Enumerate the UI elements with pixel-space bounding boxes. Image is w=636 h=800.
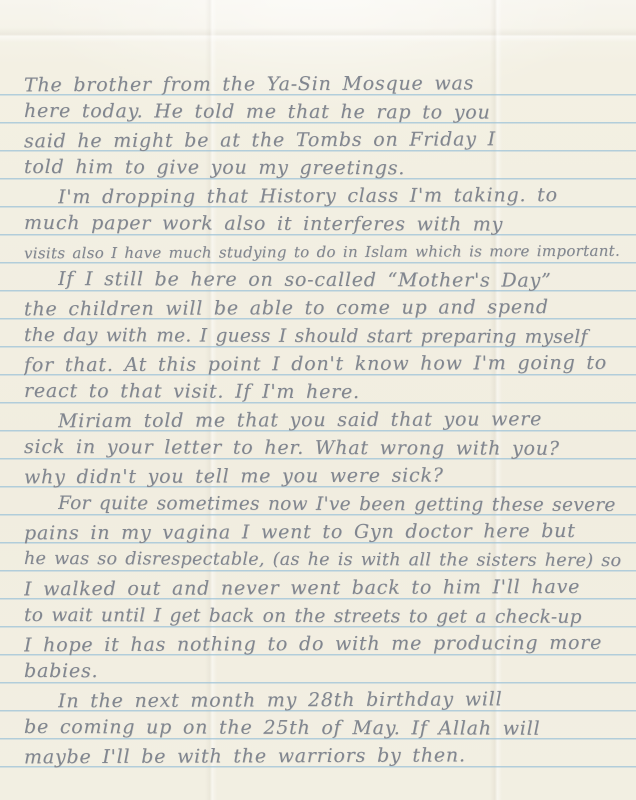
- handwriting-line: react to that visit. If I'm here.: [24, 378, 630, 406]
- handwriting-line: he was so disrespectable, (as he is with…: [24, 546, 630, 574]
- handwriting-line: If I still be here on so-called “Mother'…: [58, 266, 630, 294]
- handwriting-line: the children will be able to come up and…: [24, 294, 630, 323]
- handwriting-line: babies.: [24, 658, 630, 686]
- letter-page: The brother from the Ya-Sin Mosque washe…: [0, 0, 636, 800]
- letter-body: The brother from the Ya-Sin Mosque washe…: [0, 0, 636, 800]
- handwriting-line: The brother from the Ya-Sin Mosque was: [24, 70, 630, 99]
- handwriting-line: maybe I'll be with the warriors by then.: [24, 742, 630, 771]
- handwriting-line: told him to give you my greetings.: [24, 154, 630, 182]
- handwriting-line: much paper work also it interferes with …: [24, 210, 630, 238]
- handwriting-line: In the next month my 28th birthday will: [58, 686, 630, 714]
- handwriting-line: why didn't you tell me you were sick?: [24, 462, 630, 491]
- handwriting-line: sick in your letter to her. What wrong w…: [24, 434, 630, 462]
- handwriting-line: Miriam told me that you said that you we…: [58, 406, 630, 434]
- handwriting-line: I'm dropping that History class I'm taki…: [58, 182, 630, 210]
- handwriting-line: I hope it has nothing to do with me prod…: [24, 630, 630, 659]
- handwriting-line: pains in my vagina I went to Gyn doctor …: [24, 518, 630, 547]
- handwriting-line: For quite sometimes now I've been gettin…: [58, 490, 630, 518]
- handwriting-line: here today. He told me that he rap to yo…: [24, 98, 630, 126]
- handwriting-line: visits also I have much studying to do i…: [24, 238, 630, 267]
- handwriting-line: for that. At this point I don't know how…: [24, 350, 630, 379]
- handwriting-line: I walked out and never went back to him …: [24, 574, 630, 603]
- handwriting-line: said he might be at the Tombs on Friday …: [24, 126, 630, 155]
- handwriting-line: to wait until I get back on the streets …: [24, 602, 630, 630]
- handwriting-line: be coming up on the 25th of May. If Alla…: [24, 714, 630, 742]
- handwriting-line: the day with me. I guess I should start …: [24, 322, 630, 350]
